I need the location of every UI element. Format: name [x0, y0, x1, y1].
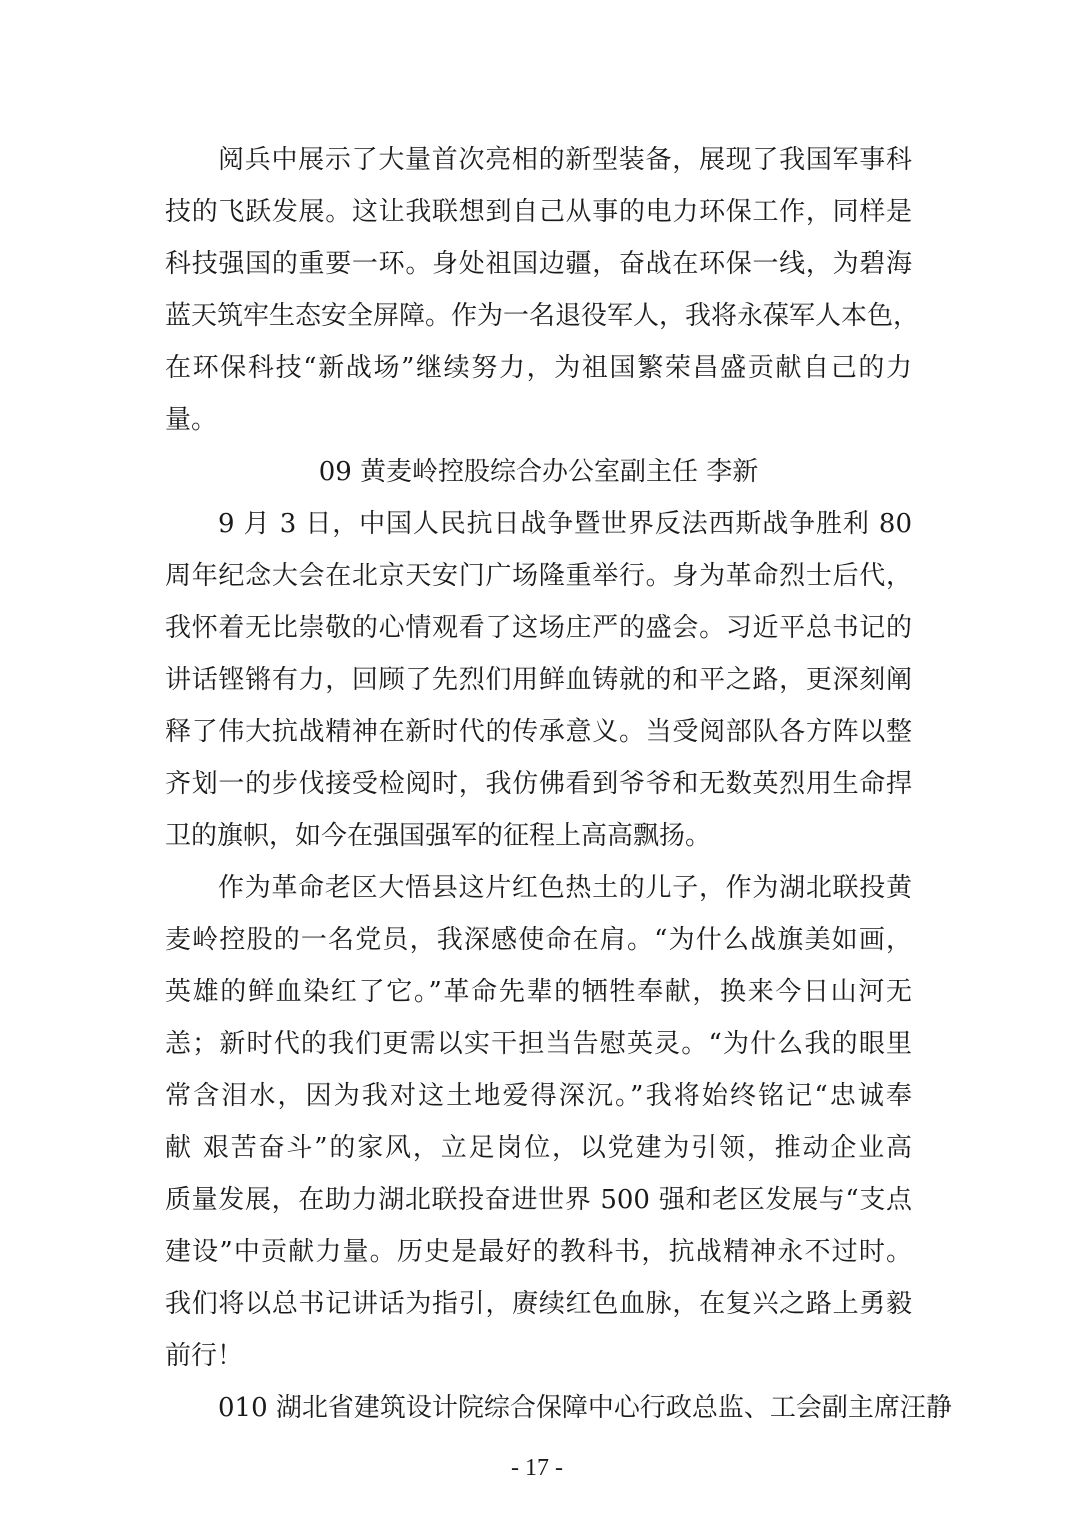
paragraph-line: 齐划一的步伐接受检阅时，我仿佛看到爷爷和无数英烈用生命捍 — [165, 767, 912, 801]
paragraph-line: 讲话铿锵有力，回顾了先烈们用鲜血铸就的和平之路，更深刻阐 — [165, 663, 912, 697]
paragraph-line: 9 月 3 日，中国人民抗日战争暨世界反法西斯战争胜利 80 — [218, 507, 912, 541]
paragraph-line: 常含泪水，因为我对这土地爱得深沉。”我将始终铭记“忠诚奉 — [165, 1079, 912, 1113]
paragraph-line: 建设”中贡献力量。历史是最好的教科书，抗战精神永不过时。 — [165, 1235, 912, 1269]
paragraph-line: 献 艰苦奋斗”的家风，立足岗位，以党建为引领，推动企业高 — [165, 1131, 912, 1165]
paragraph-line: 我怀着无比崇敬的心情观看了这场庄严的盛会。习近平总书记的 — [165, 611, 912, 645]
paragraph-line: 在环保科技“新战场”继续努力，为祖国繁荣昌盛贡献自己的力 — [165, 351, 912, 385]
paragraph-line: 作为革命老区大悟县这片红色热土的儿子，作为湖北联投黄 — [218, 871, 912, 905]
paragraph-line: 量。 — [165, 403, 912, 437]
section-heading: 010 湖北省建筑设计院综合保障中心行政总监、工会副主席汪静 — [218, 1391, 912, 1425]
paragraph-line: 麦岭控股的一名党员，我深感使命在肩。“为什么战旗美如画， — [165, 923, 912, 957]
page-number: - 17 - — [0, 1455, 1074, 1482]
paragraph-line: 英雄的鲜血染红了它。”革命先辈的牺牲奉献，换来今日山河无 — [165, 975, 912, 1009]
paragraph-line: 卫的旗帜，如今在强国强军的征程上高高飘扬。 — [165, 819, 912, 853]
document-page: 阅兵中展示了大量首次亮相的新型装备，展现了我国军事科 技的飞跃发展。这让我联想到… — [0, 0, 1074, 1520]
paragraph-line: 恙；新时代的我们更需以实干担当告慰英灵。“为什么我的眼里 — [165, 1027, 912, 1061]
paragraph-line: 科技强国的重要一环。身处祖国边疆，奋战在环保一线，为碧海 — [165, 247, 912, 281]
paragraph-line: 我们将以总书记讲话为指引，赓续红色血脉，在复兴之路上勇毅 — [165, 1287, 912, 1321]
paragraph-line: 周年纪念大会在北京天安门广场隆重举行。身为革命烈士后代， — [165, 559, 912, 593]
section-heading: 09 黄麦岭控股综合办公室副主任 李新 — [165, 455, 912, 489]
paragraph-line: 释了伟大抗战精神在新时代的传承意义。当受阅部队各方阵以整 — [165, 715, 912, 749]
paragraph-line: 前行！ — [165, 1339, 912, 1373]
paragraph-line: 蓝天筑牢生态安全屏障。作为一名退役军人，我将永葆军人本色， — [165, 299, 912, 333]
paragraph-line: 阅兵中展示了大量首次亮相的新型装备，展现了我国军事科 — [218, 143, 912, 177]
paragraph-line: 质量发展，在助力湖北联投奋进世界 500 强和老区发展与“支点 — [165, 1183, 912, 1217]
paragraph-line: 技的飞跃发展。这让我联想到自己从事的电力环保工作，同样是 — [165, 195, 912, 229]
